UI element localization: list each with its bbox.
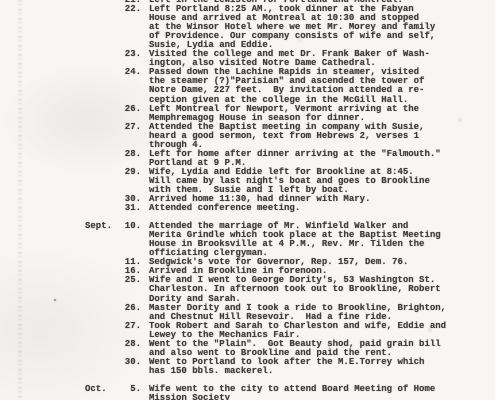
entry-day-number: 25. — [123, 276, 141, 285]
journal-entry: 29.Wife, Lydia and Eddie left for Brookl… — [0, 168, 495, 195]
journal-entry: 27.Attended the Baptist meeting in compa… — [0, 123, 495, 150]
entry-day-number: 30. — [123, 358, 141, 367]
entry-text: Visited the college and met Dr. Frank Ba… — [149, 50, 430, 68]
entry-text: Went to Portland to look after the M.E.T… — [149, 358, 424, 376]
journal-entry: 27.Took Robert and Sarah to Charleston a… — [0, 322, 495, 340]
journal-entry: 28.Left for home after dinner arriving a… — [0, 150, 495, 168]
journal-entry: 30.Went to Portland to look after the M.… — [0, 358, 495, 376]
journal-entry: 25.Wife and I went to George Dority's, 5… — [0, 276, 495, 303]
journal-entry: 31.Attended conference meeting. — [0, 204, 495, 213]
entry-text-line: Attended conference meeting. — [149, 204, 300, 213]
entry-text: Wife and I went to George Dority's, 53 W… — [149, 276, 441, 303]
entry-day-number: 24. — [123, 68, 141, 77]
journal-body: 21.Left in the Lewiston for Portland and… — [0, 0, 495, 400]
scanned-journal-page: 21.Left in the Lewiston for Portland and… — [0, 0, 495, 400]
journal-entry: Oct.5.Wife went to the city to attend Bo… — [0, 385, 495, 400]
entry-text: Wife went to the city to attend Board Me… — [149, 385, 435, 400]
entry-text: Wife, Lydia and Eddie left for Brookline… — [149, 168, 430, 195]
entry-day-number: 23. — [123, 50, 141, 59]
entry-text: Attended the Baptist meeting in company … — [149, 123, 424, 150]
entry-day-number: 29. — [123, 168, 141, 177]
entry-text: Attended conference meeting. — [149, 204, 300, 213]
entry-day-number: 22. — [123, 5, 141, 14]
entry-text-line: has 150 bbls. mackerel. — [149, 367, 424, 376]
entry-day-number: 5. — [123, 385, 141, 394]
entry-day-number: 27. — [123, 322, 141, 331]
entry-text: Left Portland 8:25 AM., took dinner at t… — [149, 5, 435, 50]
entry-text-line: Mission Society — [149, 394, 435, 400]
journal-entry: 24.Passed down the Lachine Rapids in ste… — [0, 68, 495, 104]
entry-text: Attended the marriage of Mr. Winfield Wa… — [149, 222, 441, 258]
journal-month-section: Sept.10.Attended the marriage of Mr. Win… — [0, 222, 495, 376]
entry-day-number: 31. — [123, 204, 141, 213]
entry-month-label: Oct. — [85, 385, 123, 394]
journal-entry: 23.Visited the college and met Dr. Frank… — [0, 50, 495, 68]
journal-entry: 26.Left Montreal for Newport, Vermont ar… — [0, 105, 495, 123]
entry-day-number: 28. — [123, 150, 141, 159]
entry-text: Went to the "Plain". Got Beauty shod, pa… — [149, 340, 441, 358]
entry-month-label: Sept. — [85, 222, 123, 231]
journal-entry: 28.Went to the "Plain". Got Beauty shod,… — [0, 340, 495, 358]
entry-text: Master Dority and I took a ride to Brook… — [149, 304, 446, 322]
entry-day-number: 27. — [123, 123, 141, 132]
journal-entry: 22.Left Portland 8:25 AM., took dinner a… — [0, 5, 495, 50]
entry-text: Took Robert and Sarah to Charleston and … — [149, 322, 446, 340]
entry-text: Left Montreal for Newport, Vermont arriv… — [149, 105, 419, 123]
journal-month-section: Oct.5.Wife went to the city to attend Bo… — [0, 385, 495, 400]
entry-text: Left for home after dinner arriving at t… — [149, 150, 441, 168]
journal-entry: Sept.10.Attended the marriage of Mr. Win… — [0, 222, 495, 258]
journal-entry: 26.Master Dority and I took a ride to Br… — [0, 304, 495, 322]
entry-day-number: 10. — [123, 222, 141, 231]
entry-day-number: 26. — [123, 105, 141, 114]
entry-day-number: 26. — [123, 304, 141, 313]
journal-month-section: 21.Left in the Lewiston for Portland and… — [0, 0, 495, 213]
entry-day-number: 28. — [123, 340, 141, 349]
entry-text: Passed down the Lachine Rapids in steame… — [149, 68, 424, 104]
